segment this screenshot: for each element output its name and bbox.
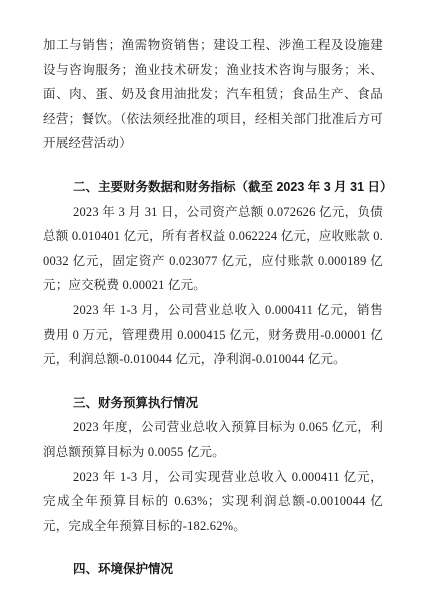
budget-completion-paragraph: 2023 年 1-3 月，公司实现营业总收入 0.000411 亿元，完成全年预… [43,465,383,539]
budget-targets-paragraph: 2023 年度，公司营业总收入预算目标为 0.065 亿元，利润总额预算目标为 … [43,415,383,464]
section-heading-environmental-protection: 四、环境保护情况 [43,557,383,582]
section-heading-budget-execution: 三、财务预算执行情况 [43,391,383,416]
business-scope-continuation-paragraph: 加工与销售；渔需物资销售；建设工程、涉渔工程及设施建设与咨询服务；渔业技术研发；… [43,33,383,156]
document-page: 加工与销售；渔需物资销售；建设工程、涉渔工程及设施建设与咨询服务；渔业技术研发；… [0,0,424,609]
income-statement-figures-paragraph: 2023 年 1-3 月，公司营业总收入 0.000411 亿元，销售费用 0 … [43,298,383,372]
balance-sheet-figures-paragraph: 2023 年 3 月 31 日，公司资产总额 0.072626 亿元，负债总额 … [43,200,383,298]
section-heading-financial-data: 二、主要财务数据和财务指标（截至 2023 年 3 月 31 日） [43,175,383,200]
